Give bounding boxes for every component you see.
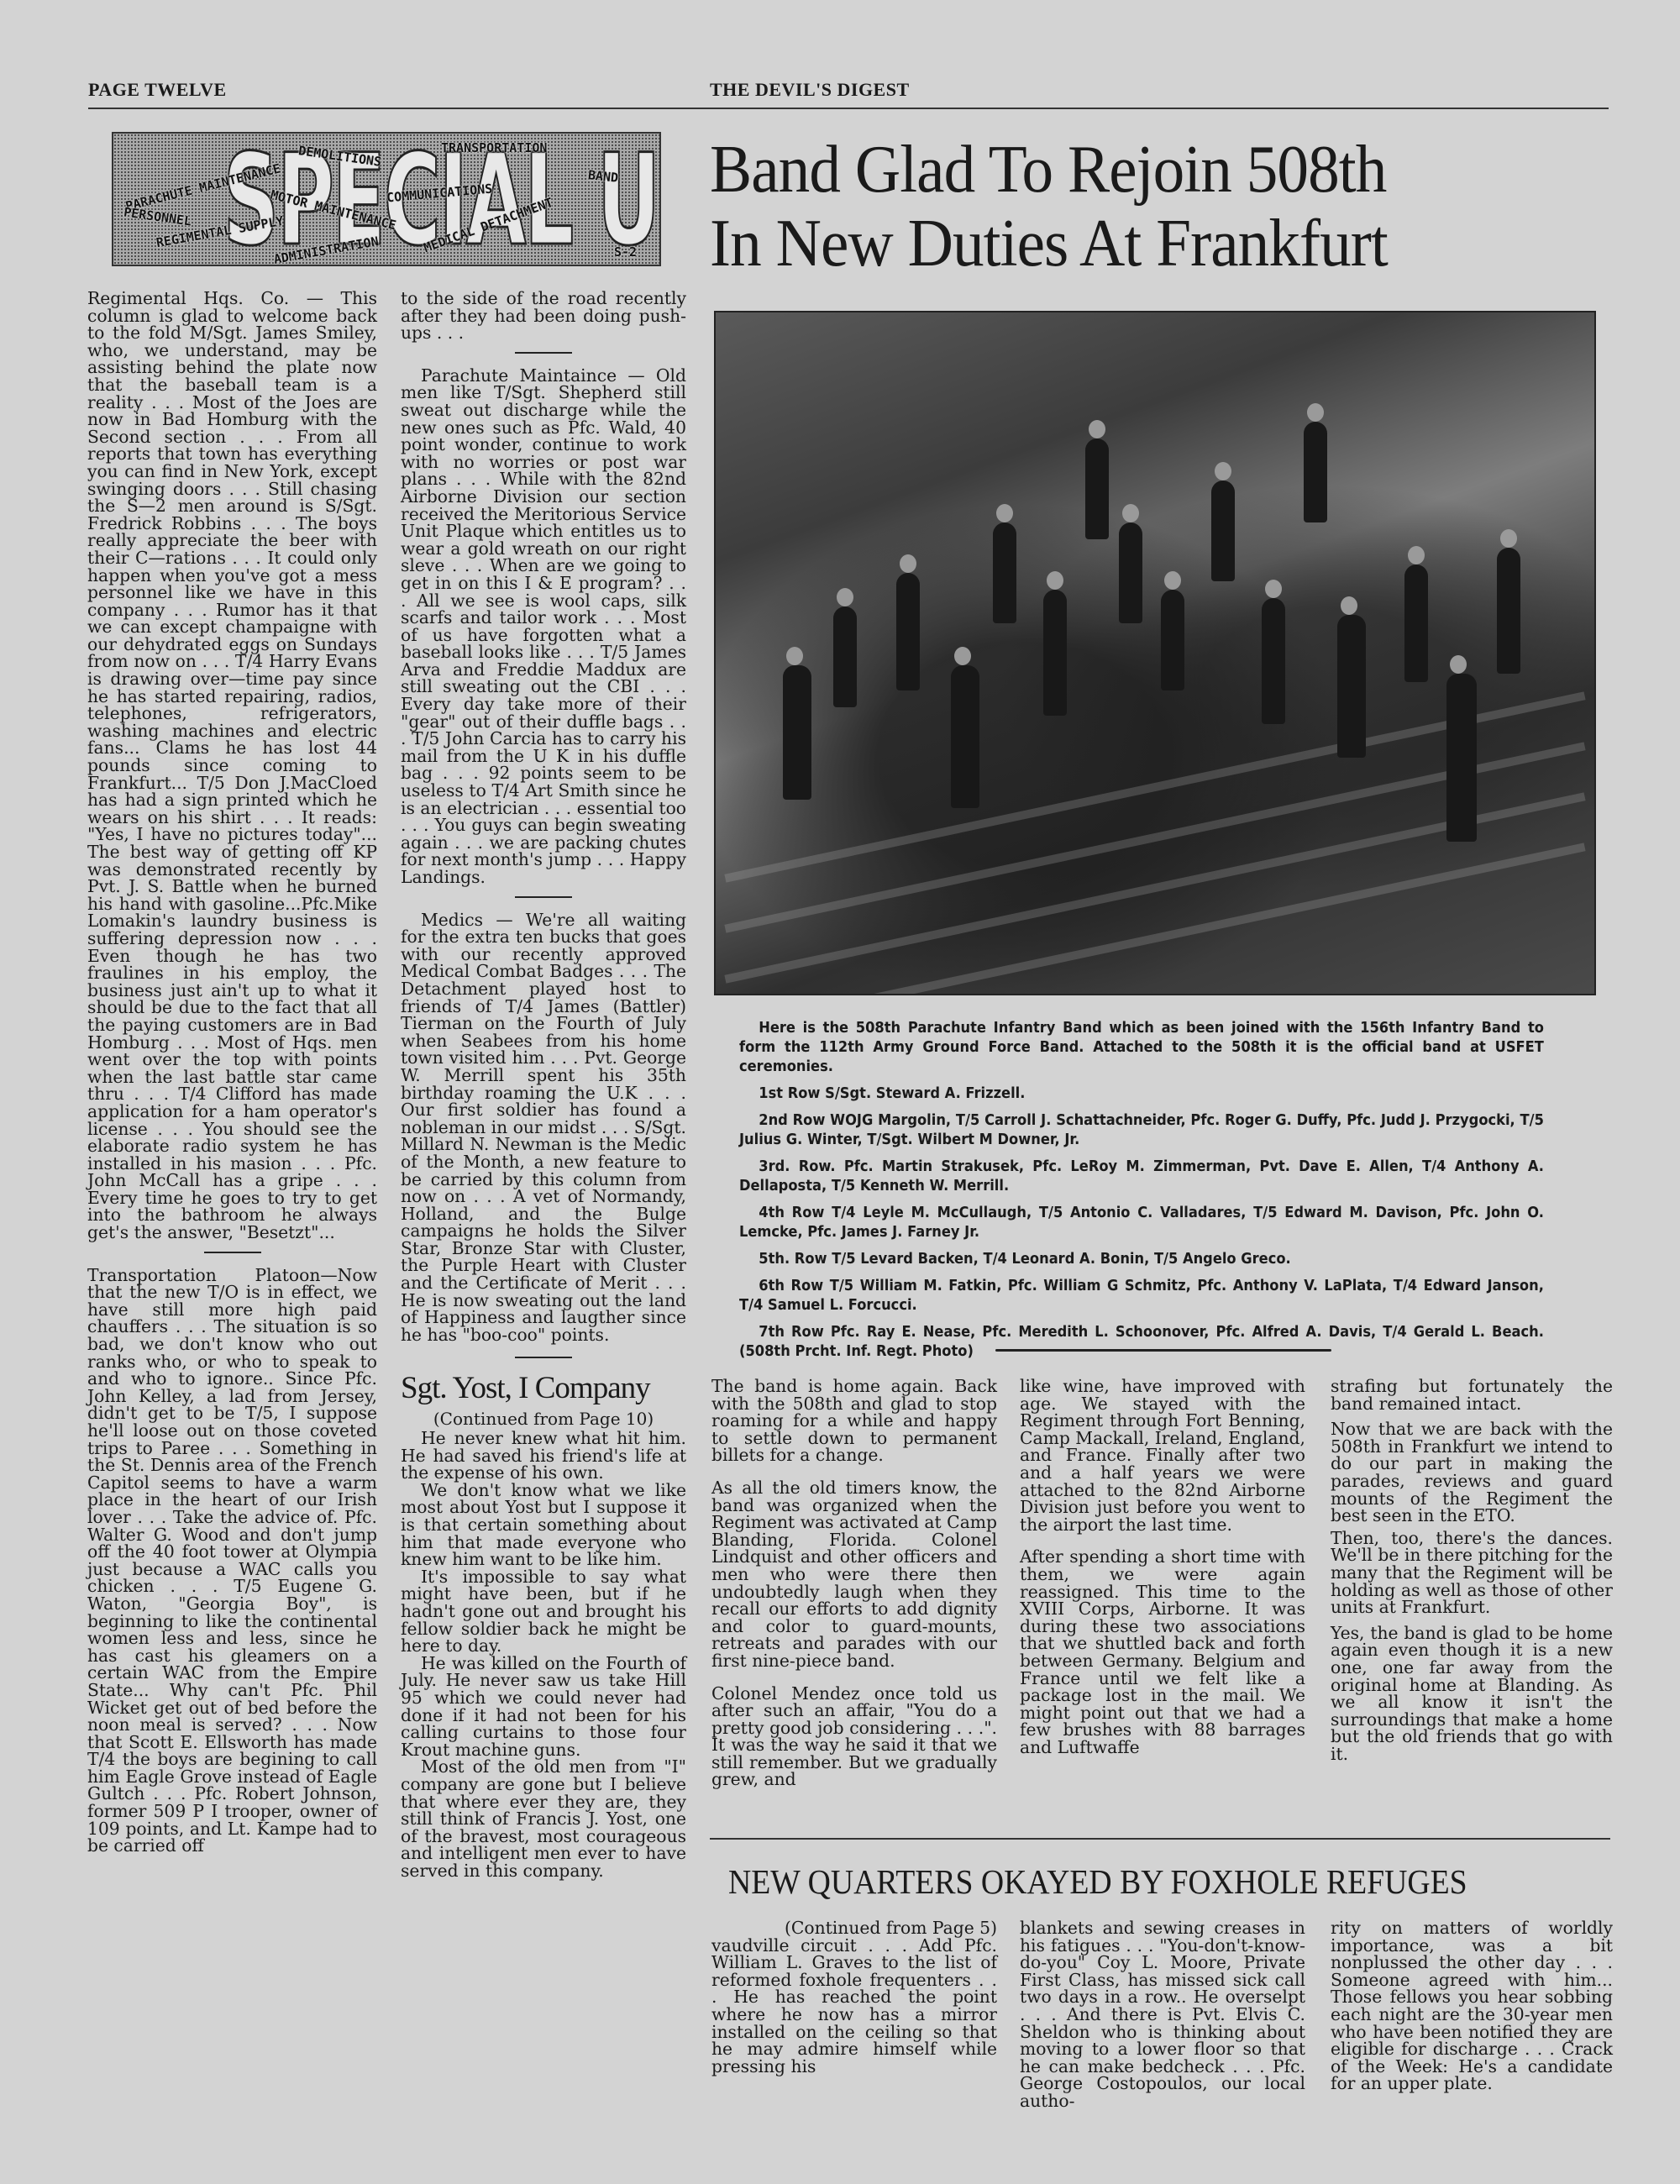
foxhole-paragraph: rity on matters of worldly importance, w… <box>1331 1919 1613 2092</box>
caption-row: 7th Row Pfc. Ray E. Nease, Pfc. Meredith… <box>739 1323 1544 1362</box>
yost-paragraph: He was killed on the Fourth of July. He … <box>401 1655 686 1759</box>
banner-tag: TRANSPORTATION <box>441 140 547 155</box>
special-units-column-1: Regimental Hqs. Co. — This column is gla… <box>87 290 377 1855</box>
band-paragraph: As all the old timers know, the band was… <box>711 1479 997 1670</box>
foxhole-continued-note: (Continued from Page 5) <box>711 1919 997 1937</box>
foxhole-paragraph: vaudville circuit . . . Add Pfc. William… <box>711 1937 997 2076</box>
band-headline-line-1: Band Glad To Rejoin 508th <box>710 133 1562 207</box>
publication-name: THE DEVIL'S DIGEST <box>710 79 910 101</box>
regimental-hqs-item: Regimental Hqs. Co. — This column is gla… <box>87 290 377 1242</box>
section-divider <box>204 1252 261 1253</box>
special-units-column-2: to the side of the road recently after t… <box>401 290 686 1879</box>
transportation-item: Transportation Platoon—Now that the new … <box>87 1267 377 1855</box>
caption-row: 3rd. Row. Pfc. Martin Strakusek, Pfc. Le… <box>739 1158 1544 1196</box>
story-divider <box>710 1838 1610 1840</box>
foxhole-column-1: (Continued from Page 5) vaudville circui… <box>711 1919 997 2075</box>
band-headline: Band Glad To Rejoin 508th In New Duties … <box>710 133 1562 281</box>
photo-caption: Here is the 508th Parachute Infantry Ban… <box>739 1019 1544 1369</box>
band-paragraph: Now that we are back with the 508th in F… <box>1331 1420 1613 1525</box>
foxhole-column-3: rity on matters of worldly importance, w… <box>1331 1919 1613 2092</box>
band-story-column-1: The band is home again. Back with the 50… <box>711 1378 997 1788</box>
section-divider <box>515 1357 572 1358</box>
caption-divider <box>995 1349 1331 1352</box>
medics-item: Medics — We're all waiting for the extra… <box>401 911 686 1344</box>
foxhole-column-2: blankets and sewing creases in his fatig… <box>1020 1919 1305 2110</box>
band-paragraph: Yes, the band is glad to be home again e… <box>1331 1625 1613 1763</box>
banner-tag: S-2 <box>614 244 637 260</box>
section-divider <box>515 352 572 354</box>
band-paragraph: Colonel Mendez once told us after such a… <box>711 1685 997 1789</box>
yost-headline: Sgt. Yost, I Company <box>401 1370 686 1407</box>
page-number: PAGE TWELVE <box>88 79 227 101</box>
caption-row: 4th Row T/4 Leyle M. McCullaugh, T/5 Ant… <box>739 1204 1544 1242</box>
foxhole-paragraph: blankets and sewing creases in his fatig… <box>1020 1919 1305 2110</box>
yost-paragraph: We don't know what we like most about Yo… <box>401 1482 686 1568</box>
yost-paragraph: It's impossible to say what might have b… <box>401 1568 686 1655</box>
banner-tag: PERSONNEL <box>123 204 192 228</box>
parachute-maintenance-item: Parachute Maintaince — Old men like T/Sg… <box>401 367 686 886</box>
caption-row: 5th. Row T/5 Levard Backen, T/4 Leonard … <box>739 1250 1544 1269</box>
caption-row: 6th Row T/5 William M. Fatkin, Pfc. Will… <box>739 1277 1544 1315</box>
caption-intro: Here is the 508th Parachute Infantry Ban… <box>739 1019 1544 1077</box>
band-paragraph: like wine, have improved with age. We st… <box>1020 1378 1305 1533</box>
band-paragraph: Then, too, there's the dances. We'll be … <box>1331 1530 1613 1616</box>
band-headline-line-2: In New Duties At Frankfurt <box>710 207 1562 281</box>
band-paragraph: After spending a short time with them, w… <box>1020 1548 1305 1756</box>
transportation-item-continued: to the side of the road recently after t… <box>401 290 686 342</box>
foxhole-headline: NEW QUARTERS OKAYED BY FOXHOLE REFUGES <box>728 1861 1532 1902</box>
page-header: PAGE TWELVE THE DEVIL'S DIGEST <box>88 79 1609 109</box>
band-story-column-2: like wine, have improved with age. We st… <box>1020 1378 1305 1756</box>
band-story-column-3: strafing but fortunately the band remain… <box>1331 1378 1613 1762</box>
section-divider <box>515 896 572 898</box>
header-rule <box>88 108 1609 109</box>
yost-paragraph: Most of the old men from "I" company are… <box>401 1758 686 1879</box>
yost-continued-note: (Continued from Page 10) <box>401 1410 686 1428</box>
caption-row: 2nd Row WOJG Margolin, T/5 Carroll J. Sc… <box>739 1111 1544 1150</box>
special-units-banner: SPECIAL UNITS PARACHUTE MAINTENANCE DEMO… <box>112 132 661 266</box>
band-photo <box>714 311 1596 995</box>
band-paragraph: The band is home again. Back with the 50… <box>711 1378 997 1464</box>
caption-row: 1st Row S/Sgt. Steward A. Frizzell. <box>739 1084 1544 1104</box>
band-paragraph: strafing but fortunately the band remain… <box>1331 1378 1613 1412</box>
yost-paragraph: He never knew what hit him. He had saved… <box>401 1430 686 1482</box>
banner-tag: BAND <box>587 167 619 186</box>
